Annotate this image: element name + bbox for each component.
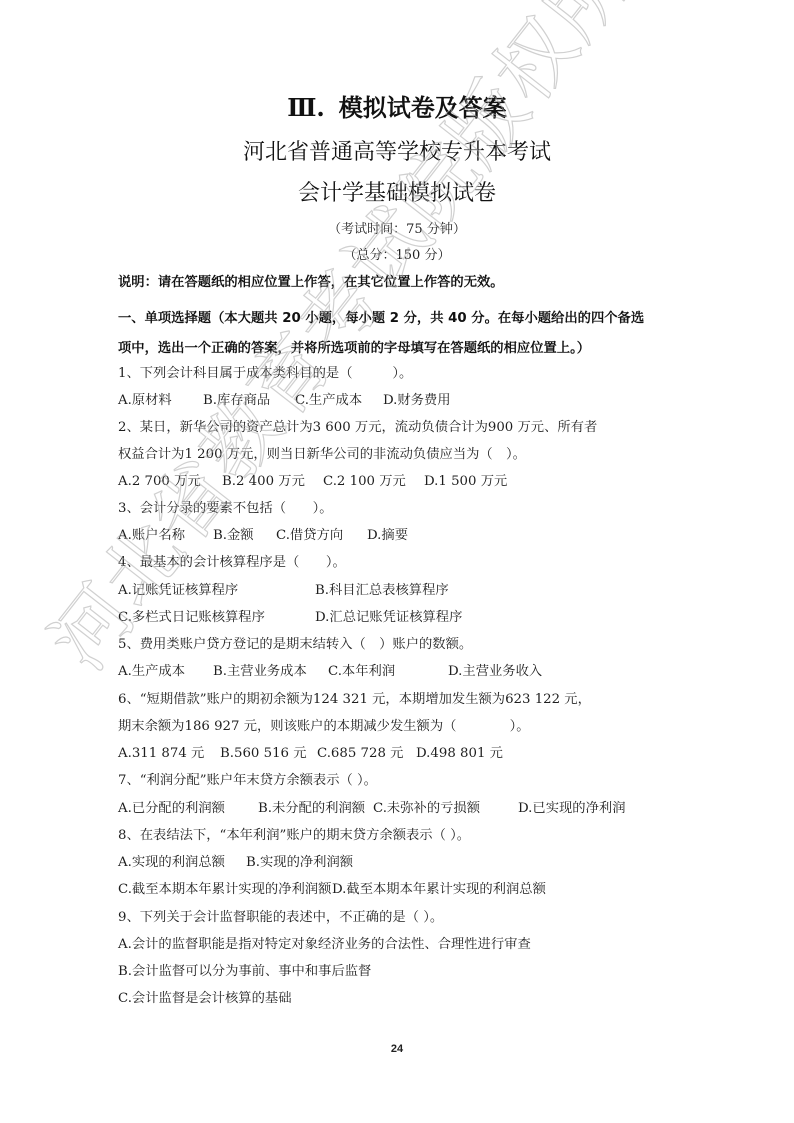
question-7-option-d: D.已实现的净利润 <box>518 800 626 818</box>
question-7-option-b: B.未分配的利润额 <box>258 800 365 818</box>
question-5-stem: 5、费用类账户贷方登记的是期末结转入（ ）账户的数额。 <box>118 636 472 654</box>
question-8-stem: 8、在表结法下，“本年利润”账户的期末贷方余额表示（ ）。 <box>118 827 470 845</box>
question-3-stem: 3、会计分录的要素不包括（ ）。 <box>118 500 333 518</box>
question-1-stem: 1、下列会计科目属于成本类科目的是（ ）。 <box>118 365 412 383</box>
question-4-stem: 4、最基本的会计核算程序是（ ）。 <box>118 554 346 572</box>
section-number: Ⅲ. <box>287 93 325 122</box>
question-7-option-a: A.已分配的利润额 <box>118 800 225 818</box>
question-8-option-c: C.截至本期本年累计实现的净利润额 <box>118 881 331 899</box>
question-4-option-d: D.汇总记账凭证核算程序 <box>315 609 462 627</box>
question-2-option-a: A.2 700 万元 <box>118 473 201 491</box>
question-4-option-a: A.记账凭证核算程序 <box>118 582 238 600</box>
question-2-option-c: C.2 100 万元 <box>323 473 406 491</box>
question-3-option-a: A.账户名称 <box>118 527 185 545</box>
question-3-option-d: D.摘要 <box>367 527 408 545</box>
instruction: 说明：请在答题纸的相应位置上作答，在其它位置上作答的无效。 <box>118 274 504 292</box>
question-9-stem: 9、下列关于会计监督职能的表述中，不正确的是（ ）。 <box>118 909 443 927</box>
question-1-option-c: C.生产成本 <box>295 392 362 410</box>
question-2-stem-line-2: 权益合计为1 200 万元，则当日新华公司的非流动负债应当为（ ）。 <box>118 446 526 464</box>
exam-title: 河北省普通高等学校专升本考试 <box>0 138 794 168</box>
question-6-stem-line-2: 期末余额为186 927 元，则该账户的本期减少发生额为（ ）。 <box>118 718 530 736</box>
question-5-option-a: A.生产成本 <box>118 663 185 681</box>
question-3-option-b: B.金额 <box>213 527 254 545</box>
question-5-option-b: B.主营业务成本 <box>213 663 307 681</box>
question-6-option-d: D.498 801 元 <box>416 745 503 763</box>
question-8-option-b: B.实现的净利润额 <box>246 854 353 872</box>
question-2-stem-line-1: 2、某日，新华公司的资产总计为3 600 万元，流动负债合计为900 万元、所有… <box>118 419 597 437</box>
question-4-option-b: B.科目汇总表核算程序 <box>315 582 449 600</box>
paper-title: 会计学基础模拟试卷 <box>0 179 794 209</box>
question-9-option-c: C.会计监督是会计核算的基础 <box>118 990 292 1008</box>
question-3-option-c: C.借贷方向 <box>276 527 343 545</box>
question-2-option-b: B.2 400 万元 <box>222 473 305 491</box>
section-title: Ⅲ.模拟试卷及答案 <box>0 92 794 124</box>
question-8-option-d: D.截至本期本年累计实现的利润总额 <box>332 881 546 899</box>
question-9-option-b: B.会计监督可以分为事前、事中和事后监督 <box>118 963 371 981</box>
exam-time: （考试时间：75 分钟） <box>0 221 794 239</box>
section-title-text: 模拟试卷及答案 <box>339 94 507 122</box>
section-heading-line-1: 一、单项选择题（本大题共 20 小题，每小题 2 分，共 40 分。在每小题给出… <box>118 310 644 328</box>
question-6-stem-line-1: 6、“短期借款”账户的期初余额为124 321 元，本期增加发生额为623 12… <box>118 691 591 709</box>
document-page: Ⅲ.模拟试卷及答案 河北省普通高等学校专升本考试 会计学基础模拟试卷 （考试时间… <box>0 0 794 1123</box>
question-4-option-c: C.多栏式日记账核算程序 <box>118 609 265 627</box>
question-1-option-a: A.原材料 <box>118 392 172 410</box>
question-9-option-a: A.会计的监督职能是指对特定对象经济业务的合法性、合理性进行审查 <box>118 936 531 954</box>
question-5-option-c: C.本年利润 <box>328 663 395 681</box>
question-7-stem: 7、“利润分配”账户年末贷方余额表示（ ）。 <box>118 772 377 790</box>
page-number: 24 <box>0 1043 794 1055</box>
question-5-option-d: D.主营业务收入 <box>448 663 542 681</box>
total-score: （总分：150 分） <box>0 247 794 265</box>
question-7-option-c: C.未弥补的亏损额 <box>373 800 480 818</box>
question-6-option-a: A.311 874 元 <box>118 745 204 763</box>
question-1-option-d: D.财务费用 <box>383 392 451 410</box>
question-8-option-a: A.实现的利润总额 <box>118 854 225 872</box>
section-heading-line-2: 项中，选出一个正确的答案，并将所选项前的字母填写在答题纸的相应位置上。） <box>118 340 590 358</box>
question-6-option-c: C.685 728 元 <box>317 745 403 763</box>
question-1-option-b: B.库存商品 <box>203 392 270 410</box>
question-6-option-b: B.560 516 元 <box>220 745 307 763</box>
question-2-option-d: D.1 500 万元 <box>424 473 507 491</box>
